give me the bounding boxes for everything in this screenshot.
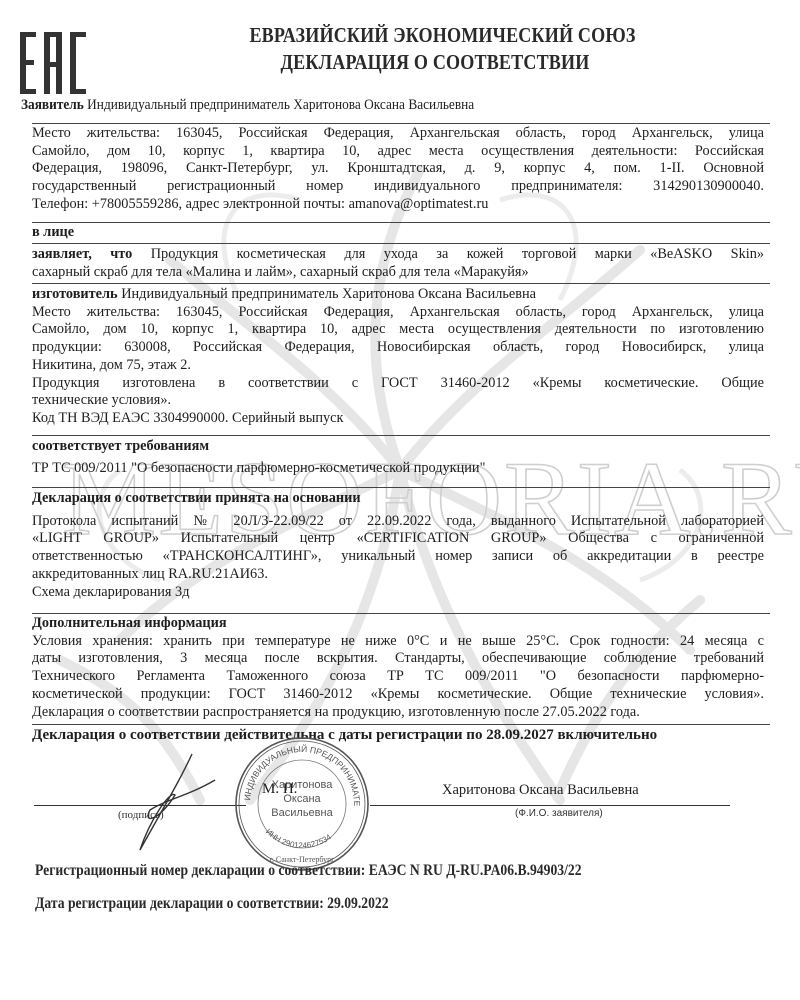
svg-text:ИНН 290124627534: ИНН 290124627534	[264, 827, 333, 850]
additional-line: Технического Регламента Таможенного союз…	[32, 668, 764, 686]
official-stamp-icon: ИНДИВИДУАЛЬНЫЙ ПРЕДПРИНИМАТЕЛЬ * ОГРНИП …	[232, 734, 372, 874]
manufacturer-section: изготовитель Индивидуальный предпринимат…	[32, 286, 764, 428]
title-declaration: ДЕКЛАРАЦИЯ О СООТВЕТСТВИИ	[121, 49, 749, 76]
divider	[32, 283, 770, 284]
reg-date-label: Дата регистрации декларации о соответств…	[35, 895, 324, 912]
product-line-2: сахарный скраб для тела «Малина и лайм»,…	[32, 264, 764, 282]
divider	[32, 222, 770, 223]
manufacturer-address-line: Никитина, дом 75, этаж 2.	[32, 357, 764, 375]
additional-label: Дополнительная информация	[32, 615, 764, 633]
validity-date: 28.09.2027	[486, 727, 554, 743]
additional-line: Условия хранения: хранить при температур…	[32, 633, 764, 651]
divider	[32, 487, 770, 488]
basis-line: Протокола испытаний № 20Л/З-22.09/22 от …	[32, 513, 764, 531]
scheme-line: Схема декларирования 3д	[32, 584, 764, 602]
registration-number-row: Регистрационный номер декларации о соотв…	[35, 862, 582, 880]
basis-line: ответственностью «ТРАНСКОНСАЛТИНГ», уник…	[32, 548, 764, 566]
hs-code-line: Код ТН ВЭД ЕАЭС 3304990000. Серийный вып…	[32, 410, 764, 428]
manufacturer-address-line: Место жительства: 163045, Российская Фед…	[32, 304, 764, 322]
handwritten-signature-icon	[120, 750, 240, 860]
svg-text:Васильевна: Васильевна	[271, 807, 333, 819]
basis-line: аккредитованных лиц RA.RU.21АИ63.	[32, 566, 764, 584]
contact-line: Телефон: +78005559286, адрес электронной…	[32, 196, 764, 214]
reg-number: ЕАЭС N RU Д-RU.PA06.B.94903/22	[369, 862, 582, 879]
address-line: государственный регистрационный номер ин…	[32, 178, 764, 196]
standard-line: Продукция изготовлена в соответствии с Г…	[32, 375, 764, 393]
applicant-address: Место жительства: 163045, Российская Фед…	[32, 125, 764, 214]
applicant-name: Харитонова Оксана Васильевна	[442, 782, 639, 799]
name-line	[370, 805, 730, 806]
additional-line: косметической продукции: ГОСТ 31460-2012…	[32, 686, 764, 704]
product-line-1: Продукция косметическая для ухода за кож…	[151, 246, 764, 262]
standard-line: технические условия».	[32, 392, 764, 410]
reg-date: 29.09.2022	[327, 895, 388, 912]
in-person-label: в лице	[32, 224, 764, 242]
address-line: Самойло, дом 10, корпус 1, квартира 10, …	[32, 143, 764, 161]
applicant-label: Заявитель	[21, 97, 84, 113]
manufacturer-value: Индивидуальный предприниматель Харитонов…	[121, 286, 536, 302]
address-line: Место жительства: 163045, Российская Фед…	[32, 125, 764, 143]
title-union: ЕВРАЗИЙСКИЙ ЭКОНОМИЧЕСКИЙ СОЮЗ	[135, 22, 750, 49]
divider	[32, 243, 770, 244]
manufacturer-address-line: продукции: 630008, Российская Федерация,…	[32, 339, 764, 357]
declares-section: заявляет, что Продукция косметическая дл…	[32, 246, 764, 281]
document-title: ЕВРАЗИЙСКИЙ ЭКОНОМИЧЕСКИЙ СОЮЗ ДЕКЛАРАЦИ…	[0, 22, 800, 76]
validity-row: Декларация о соответствии действительна …	[32, 727, 764, 745]
requirements-section: соответствует требованиям ТР ТС 009/2011…	[32, 438, 764, 477]
requirements-label: соответствует требованиям	[32, 438, 764, 456]
additional-line: Декларация о соответствии распространяет…	[32, 704, 764, 722]
applicant-value: Индивидуальный предприниматель Харитонов…	[87, 97, 474, 113]
divider	[32, 613, 770, 614]
address-line: Федерация, 198096, Санкт-Петербург, ул. …	[32, 160, 764, 178]
reg-number-label: Регистрационный номер декларации о соотв…	[35, 862, 365, 879]
divider	[32, 724, 770, 725]
manufacturer-label: изготовитель	[32, 286, 118, 302]
additional-line: даты изготовления, 3 месяца после вскрыт…	[32, 650, 764, 668]
additional-section: Дополнительная информация Условия хранен…	[32, 615, 764, 721]
basis-line: «LIGHT GROUP» Испытательный центр «CERTI…	[32, 530, 764, 548]
name-caption: (Ф.И.О. заявителя)	[515, 808, 603, 819]
divider	[32, 123, 770, 124]
requirements-value: ТР ТС 009/2011 "О безопасности парфюмерн…	[32, 460, 764, 478]
stamp-placeholder-label: М. П.	[262, 781, 297, 798]
registration-date-row: Дата регистрации декларации о соответств…	[35, 895, 389, 913]
basis-section: Декларация о соответствии принята на осн…	[32, 490, 764, 601]
validity-suffix: включительно	[557, 727, 657, 743]
declares-label: заявляет, что	[32, 246, 132, 262]
divider	[32, 435, 770, 436]
manufacturer-address-line: Самойло, дом 10, корпус 1, квартира 10, …	[32, 321, 764, 339]
applicant-row: Заявитель Индивидуальный предприниматель…	[21, 97, 474, 114]
basis-label: Декларация о соответствии принята на осн…	[32, 490, 764, 508]
in-person-row: в лице	[32, 224, 764, 242]
